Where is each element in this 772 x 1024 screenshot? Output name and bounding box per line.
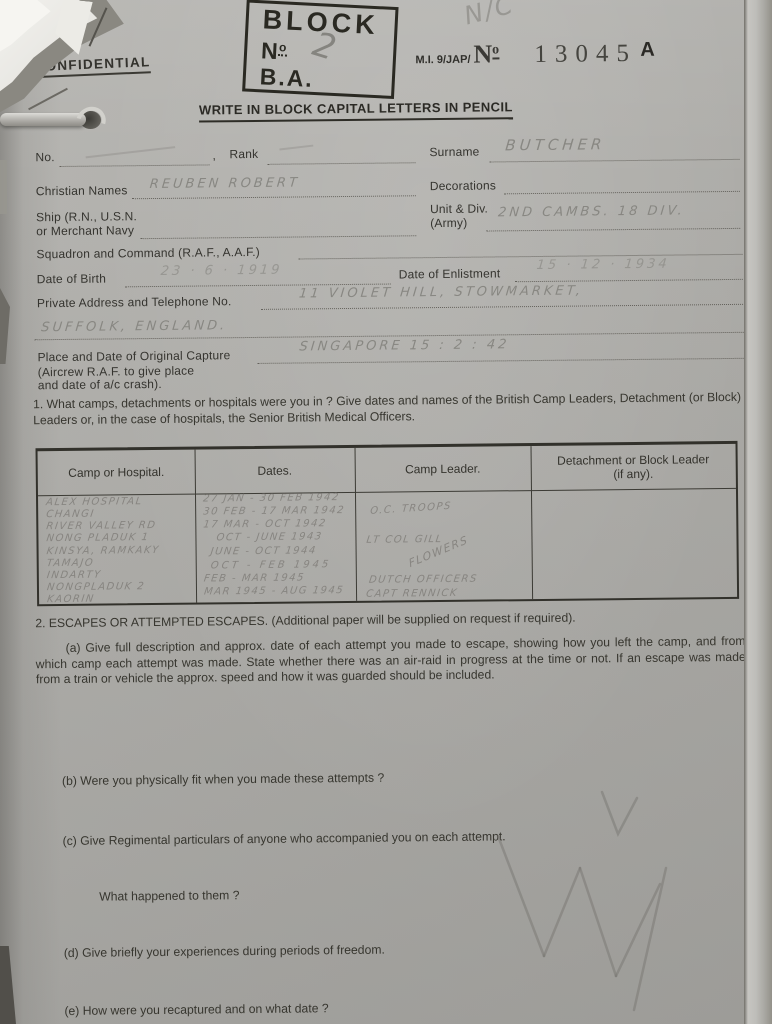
ship-label-line2: or Merchant Navy [36, 223, 134, 238]
ref-no-o: o [492, 42, 499, 59]
mi9-series-letter: A [640, 39, 655, 62]
surname-field-line [490, 158, 740, 163]
dob-label: Date of Birth [37, 272, 106, 287]
unit-div-line [486, 227, 740, 232]
question-2-heading: 2. ESCAPES OR ATTEMPTED ESCAPES. (Additi… [35, 609, 745, 632]
col-header-dates: Dates. [195, 448, 355, 494]
block-number-stamp: BLOCK No B.A. 2 [242, 0, 398, 99]
decorations-line [504, 190, 740, 194]
decorations-label: Decorations [430, 178, 496, 193]
stamp-line-ba: B.A. [259, 63, 392, 96]
camp-entry: NONGPLADUK 2 [46, 581, 146, 593]
pencil-note-top: N/C [461, 0, 517, 30]
dates-entry: JUNE - OCT 1944 [210, 545, 318, 557]
leader-entry: LT COL GILL [366, 534, 444, 546]
treasury-tag-string [0, 113, 86, 126]
address-label: Private Address and Telephone No. [37, 294, 232, 310]
col-header-leader: Camp Leader. [355, 446, 531, 492]
ref-no-n: N [473, 39, 492, 68]
comma-separator: , [212, 148, 216, 162]
camp-entry: RIVER VALLEY RD [46, 520, 158, 532]
capture-line [258, 357, 744, 364]
col-header-camp: Camp or Hospital. [38, 450, 195, 496]
dates-entry: 27 JAN - 30 FEB 1942 [202, 492, 340, 504]
camp-entry: INDARTY [46, 570, 102, 582]
dates-entry: 17 MAR - OCT 1942 [203, 518, 328, 530]
col-header-detachment: Detachment or Block Leader (if any). [531, 444, 736, 490]
camp-entry: ALEX HOSPITAL [45, 496, 143, 508]
capture-label: Place and Date of Original Capture [37, 348, 230, 364]
camp-entry: NONG PLADUK 1 [46, 532, 150, 544]
question-2b: (b) Were you physically fit when you mad… [62, 771, 384, 790]
pencil-smudge-no [86, 146, 176, 158]
dates-entry: MAR 1945 - AUG 1945 [203, 585, 344, 597]
capture-note-line2: and date of a/c crash). [38, 377, 162, 392]
question-2e: (e) How were you recaptured and on what … [64, 1001, 328, 1019]
camp-entry: KINSYA, RAMKAKY [46, 545, 160, 557]
stamp-no-o: o [278, 40, 288, 56]
form-instruction-title: WRITE IN BLOCK CAPITAL LETTERS IN PENCIL [199, 99, 513, 122]
unit-div-label-line2: (Army) [430, 216, 467, 230]
left-edge-mark [0, 160, 7, 214]
question-2c-followup: What happened to them ? [99, 888, 239, 905]
squadron-label: Squadron and Command (R.A.F., A.A.F.) [36, 245, 260, 261]
page-right-edge [744, 0, 772, 1024]
mi9-no-stamp: No [473, 39, 499, 69]
pow-questionnaire-scan: CONFIDENTIAL BLOCK No B.A. 2 M.I. 9/JAP/… [0, 0, 772, 1024]
dates-entry: OCT - FEB 1945 [210, 559, 332, 571]
surname-value: BUTCHER [505, 135, 607, 154]
dates-entry: OCT - JUNE 1943 [216, 531, 324, 543]
no-field-line [60, 163, 210, 167]
camp-table: Camp or Hospital. Dates. Camp Leader. De… [36, 441, 740, 606]
squadron-line [299, 253, 743, 260]
ship-line [140, 234, 416, 239]
unit-div-label-line1: Unit & Div. [430, 202, 488, 217]
enlistment-label: Date of Enlistment [399, 266, 501, 281]
address-value-line1: 11 VIOLET HILL, STOWMARKET, [298, 284, 584, 302]
mi9-ref-prefix: M.I. 9/JAP/ [415, 54, 470, 67]
address-value-line2: SUFFOLK, ENGLAND. [41, 318, 228, 335]
rank-field-line [268, 161, 416, 165]
camp-entry: CHANGI [45, 509, 95, 521]
camp-entry: KAORIN [46, 594, 95, 606]
dob-value: 23 · 6 · 1919 [160, 263, 283, 279]
leader-entry: DUTCH OFFICERS [368, 574, 478, 586]
question-2a: (a) Give full description and approx. da… [36, 634, 746, 688]
leader-entry: CAPT RENNICK [365, 588, 458, 600]
leader-entry: O.C. TROOPS [370, 501, 452, 517]
christian-names-value: REUBEN ROBERT [149, 175, 301, 192]
pencil-smudge-rank [279, 145, 313, 151]
stamp-no-n: N [261, 37, 279, 64]
camp-entry: TAMAJO [46, 558, 95, 570]
enlistment-value: 15 · 12 · 1934 [536, 257, 670, 273]
christian-names-line [132, 194, 416, 199]
unit-div-value: 2ND CAMBS. 18 DIV. [497, 203, 685, 220]
address-line1 [261, 303, 743, 310]
question-1: 1. What camps, detachments or hospitals … [33, 390, 741, 428]
ship-label-line1: Ship (R.N., U.S.N. [36, 209, 137, 224]
capture-value: SINGAPORE 15 : 2 : 42 [299, 337, 510, 354]
rank-label: Rank [229, 147, 258, 161]
dates-entry: FEB - MAR 1945 [203, 572, 305, 584]
enlistment-line [515, 278, 743, 282]
dates-entry: 30 FEB - 17 MAR 1942 [202, 505, 345, 517]
mi9-ref-number: 13045 [534, 40, 637, 69]
christian-names-label: Christian Names [36, 183, 128, 198]
no-label: No. [35, 150, 54, 164]
surname-label: Surname [429, 145, 479, 160]
question-2d: (d) Give briefly your experiences during… [64, 943, 385, 962]
pencil-scribbles [430, 740, 750, 1024]
